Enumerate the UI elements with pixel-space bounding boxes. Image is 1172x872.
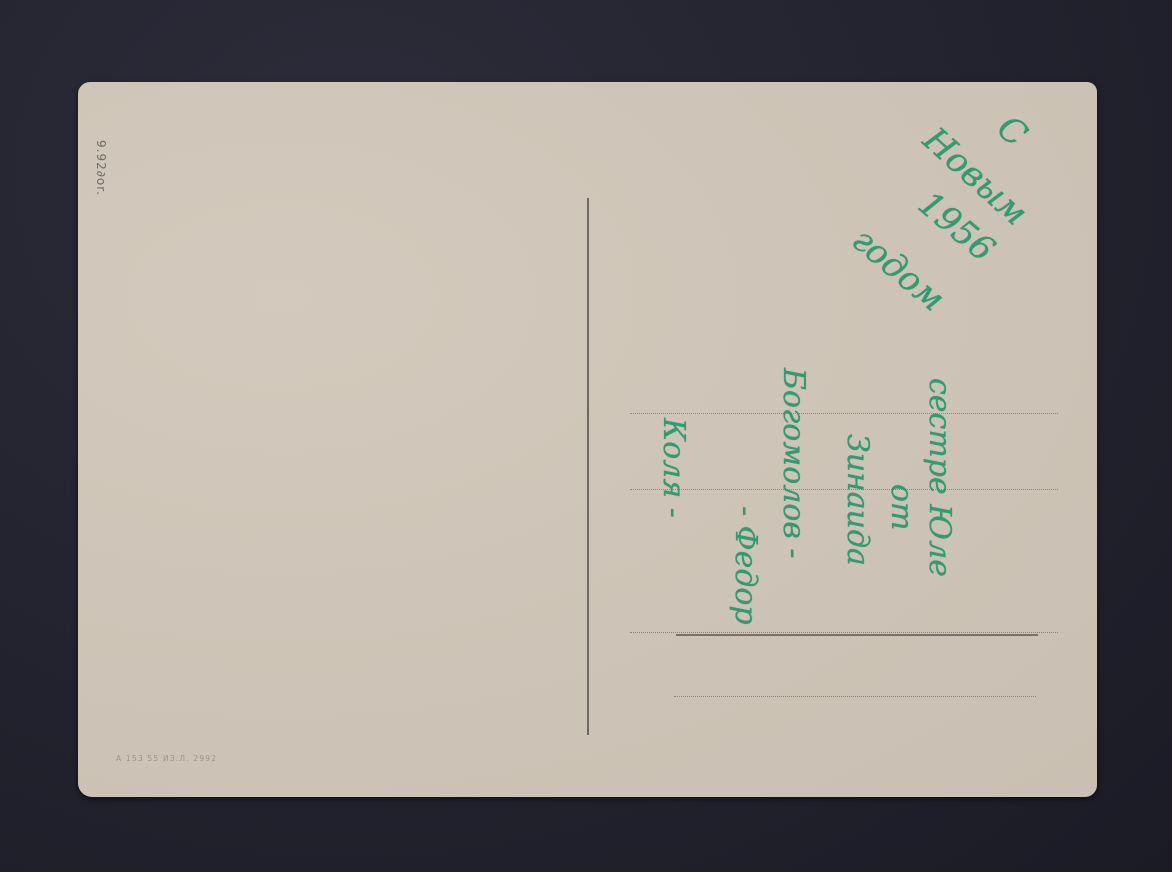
greeting-word-s: С (991, 110, 1033, 153)
address-line-1 (630, 413, 1058, 414)
address-column-1: сестре Юле (924, 378, 954, 577)
address-column-5: - Федор (730, 506, 760, 625)
catalog-number: 9.92∂or. (94, 140, 108, 196)
address-line-3 (630, 632, 1058, 633)
address-column-6: Коля - (658, 418, 688, 518)
address-underline (676, 634, 1038, 636)
address-column-2: от (886, 484, 916, 531)
printer-imprint: А 153 55 ИЗ.Л. 2992 (116, 754, 217, 763)
address-column-4: Богомолов - (778, 368, 808, 559)
message-address-divider (587, 198, 589, 735)
postcard-back: 9.92∂or. А 153 55 ИЗ.Л. 2992 С Новым 195… (78, 82, 1097, 797)
address-column-3: Зинаида (842, 434, 872, 566)
address-line-4 (674, 696, 1036, 697)
greeting-word-godom: годом (846, 222, 950, 317)
